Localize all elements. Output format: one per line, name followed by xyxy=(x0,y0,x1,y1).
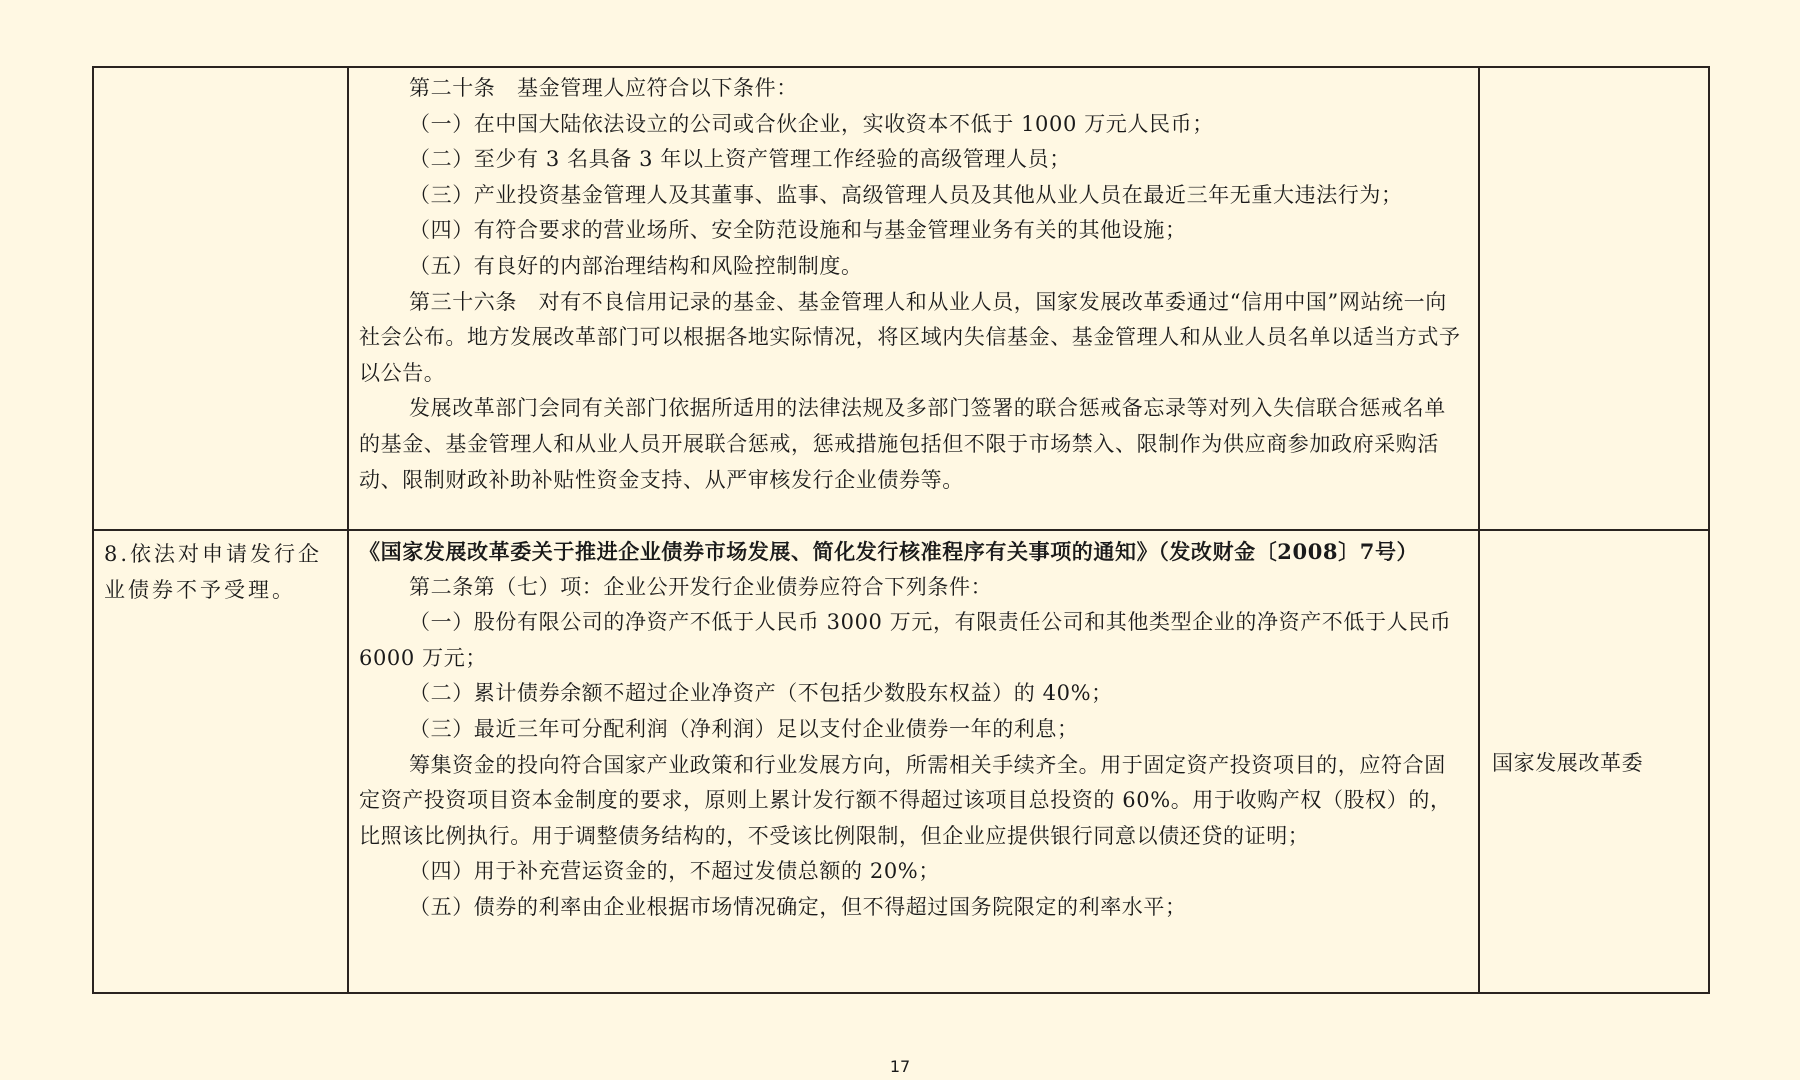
item-text xyxy=(94,68,347,74)
law-title: 《国家发展改革委关于推进企业债券市场发展、简化发行核准程序有关事项的通知》（发改… xyxy=(359,534,1464,570)
article-36-paragraph: 第三十六条 对有不良信用记录的基金、基金管理人和从业人员，国家发展改革委通过“信… xyxy=(359,285,1464,392)
condition-3: （三）产业投资基金管理人及其董事、监事、高级管理人员及其他从业人员在最近三年无重… xyxy=(359,178,1464,214)
condition-5: （五）有良好的内部治理结构和风险控制制度。 xyxy=(359,249,1464,285)
article-20-heading: 第二十条 基金管理人应符合以下条件： xyxy=(359,71,1464,107)
bond-condition-4: （四）用于补充营运资金的，不超过发债总额的 20%； xyxy=(359,854,1464,890)
condition-2: （二）至少有 3 名具备 3 年以上资产管理工作经验的高级管理人员； xyxy=(359,142,1464,178)
regulation-table: 第二十条 基金管理人应符合以下条件： （一）在中国大陆依法设立的公司或合伙企业，… xyxy=(92,66,1710,994)
basis-cell: 《国家发展改革委关于推进企业债券市场发展、简化发行核准程序有关事项的通知》（发改… xyxy=(348,530,1479,993)
authority-cell: 国家发展改革委 xyxy=(1479,530,1709,993)
page-number: 17 xyxy=(0,1057,1800,1076)
basis-cell: 第二十条 基金管理人应符合以下条件： （一）在中国大陆依法设立的公司或合伙企业，… xyxy=(348,67,1479,530)
item-cell: 8.依法对申请发行企业债券不予受理。 xyxy=(93,530,348,993)
joint-punishment-paragraph: 发展改革部门会同有关部门依据所适用的法律法规及多部门签署的联合惩戒备忘录等对列入… xyxy=(359,391,1464,498)
table-row: 8.依法对申请发行企业债券不予受理。 《国家发展改革委关于推进企业债券市场发展、… xyxy=(93,530,1709,993)
document-page: 第二十条 基金管理人应符合以下条件： （一）在中国大陆依法设立的公司或合伙企业，… xyxy=(0,0,1800,1080)
bond-condition-3: （三）最近三年可分配利润（净利润）足以支付企业债券一年的利息； xyxy=(359,712,1464,748)
article-2-item-7: 第二条第（七）项：企业公开发行企业债券应符合下列条件： xyxy=(359,570,1464,606)
item-text: 8.依法对申请发行企业债券不予受理。 xyxy=(94,531,347,608)
fund-usage-paragraph: 筹集资金的投向符合国家产业政策和行业发展方向，所需相关手续齐全。用于固定资产投资… xyxy=(359,748,1464,855)
bond-condition-1: （一）股份有限公司的净资产不低于人民币 3000 万元，有限责任公司和其他类型企… xyxy=(359,605,1464,676)
table-row: 第二十条 基金管理人应符合以下条件： （一）在中国大陆依法设立的公司或合伙企业，… xyxy=(93,67,1709,530)
condition-1: （一）在中国大陆依法设立的公司或合伙企业，实收资本不低于 1000 万元人民币； xyxy=(359,107,1464,143)
authority-text: 国家发展改革委 xyxy=(1480,747,1708,777)
authority-cell xyxy=(1479,67,1709,530)
bond-condition-5: （五）债券的利率由企业根据市场情况确定，但不得超过国务院限定的利率水平； xyxy=(359,890,1464,926)
condition-4: （四）有符合要求的营业场所、安全防范设施和与基金管理业务有关的其他设施； xyxy=(359,213,1464,249)
bond-condition-2: （二）累计债券余额不超过企业净资产（不包括少数股东权益）的 40%； xyxy=(359,676,1464,712)
item-cell xyxy=(93,67,348,530)
